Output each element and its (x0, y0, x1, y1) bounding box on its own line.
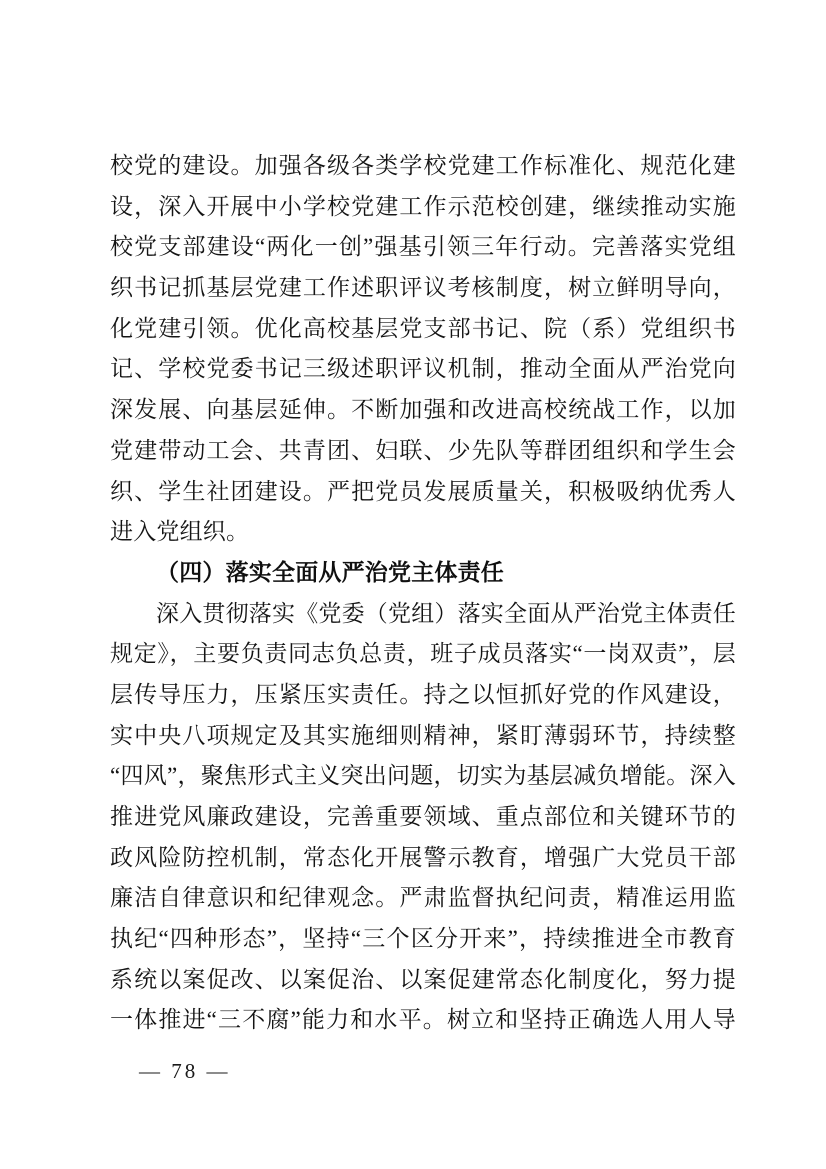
text-line: 进入党组织。 (110, 512, 736, 553)
text-line: 校党支部建设“两化一创”强基引领三年行动。完善落实党组 (110, 227, 736, 268)
text-line: 系统以案促改、以案促治、以案促建常态化制度化，努力提高 (110, 960, 736, 1001)
text-line: 一体推进“三不腐”能力和水平。树立和坚持正确选人用人导 (110, 1000, 736, 1041)
text-line: 设，深入开展中小学校党建工作示范校创建，继续推动实施高 (110, 187, 736, 228)
text-line: 记、学校党委书记三级述职评议机制，推动全面从严治党向纵 (110, 349, 736, 390)
text-line: 规定》，主要负责同志负总责，班子成员落实“一岗双责”，层 (110, 634, 736, 675)
text-line: 织、学生社团建设。严把党员发展质量关，积极吸纳优秀人才 (110, 472, 736, 513)
document-page: 校党的建设。加强各级各类学校党建工作标准化、规范化建 设，深入开展中小学校党建工… (0, 0, 826, 1169)
text-line: 校党的建设。加强各级各类学校党建工作标准化、规范化建 (110, 146, 736, 187)
section-heading: （四）落实全面从严治党主体责任 (110, 553, 736, 594)
text-line: 深入贯彻落实《党委（党组）落实全面从严治党主体责任 (110, 594, 736, 635)
text-line: 层传导压力，压紧压实责任。持之以恒抓好党的作风建设，落 (110, 675, 736, 716)
text-line: 深发展、向基层延伸。不断加强和改进高校统战工作，以加强 (110, 390, 736, 431)
text-line: 实中央八项规定及其实施细则精神，紧盯薄弱环节，持续整治 (110, 716, 736, 757)
text-line: 执纪“四种形态”，坚持“三个区分开来”，持续推进全市教育 (110, 919, 736, 960)
text-line: 廉洁自律意识和纪律观念。严肃监督执纪问责，精准运用监督 (110, 878, 736, 919)
text-line: 政风险防控机制，常态化开展警示教育，增强广大党员干部的 (110, 838, 736, 879)
text-line: “四风”，聚焦形式主义突出问题，切实为基层减负增能。深入 (110, 756, 736, 797)
text-line: 织书记抓基层党建工作述职评议考核制度，树立鲜明导向，强 (110, 268, 736, 309)
text-body: 校党的建设。加强各级各类学校党建工作标准化、规范化建 设，深入开展中小学校党建工… (110, 146, 736, 1041)
page-number: — 78 — (139, 1058, 231, 1084)
text-line: 党建带动工会、共青团、妇联、少先队等群团组织和学生会组 (110, 431, 736, 472)
text-line: 化党建引领。优化高校基层党支部书记、院（系）党组织书 (110, 309, 736, 350)
text-line: 推进党风廉政建设，完善重要领域、重点部位和关键环节的廉 (110, 797, 736, 838)
